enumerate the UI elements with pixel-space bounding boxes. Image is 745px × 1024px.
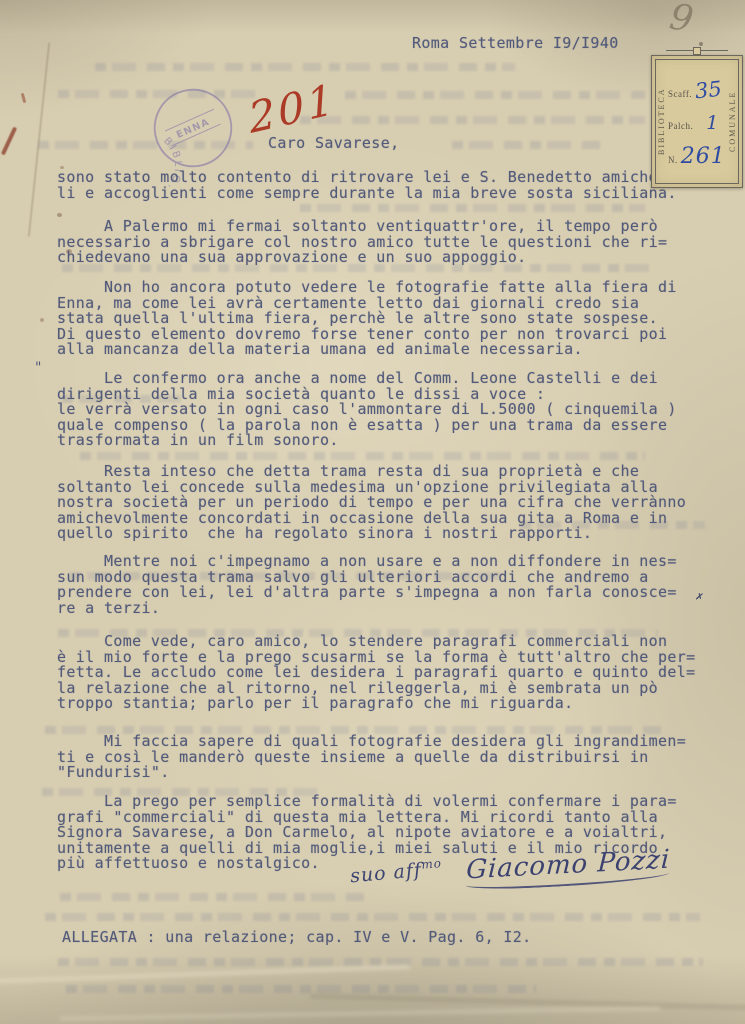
- scanned-letter-page: 9 BIBLIOTECA COMUNALE Scaff. 35 Palch. 1…: [0, 0, 745, 1024]
- stamp-center-text: ENNA: [175, 117, 212, 142]
- paper-wrinkle: [60, 1007, 660, 1020]
- paragraph-6: Mentre noi c'impegnamo a non usare e a n…: [57, 554, 729, 616]
- paragraph-4: Le confermo ora anche a nome del Comm. L…: [57, 371, 729, 449]
- attachment-line: ALLEGATA : una relazione; cap. IV e V. P…: [62, 930, 532, 946]
- bleed-through-line: [300, 116, 645, 124]
- salutation: Caro Savarese,: [268, 136, 399, 152]
- label-row-n: N. 261: [668, 144, 726, 169]
- paragraph-7: Come vede, caro amico, lo stendere parag…: [57, 634, 729, 712]
- pencil-page-number: 9: [667, 0, 697, 41]
- margin-ditto-mark: ": [35, 360, 41, 376]
- paper-speck: [40, 318, 44, 322]
- label-field-name: N.: [668, 155, 678, 165]
- bleed-through-line: [45, 913, 700, 921]
- red-stain: [21, 93, 26, 103]
- label-ornament-square: [693, 47, 701, 55]
- bleed-through-line: [80, 452, 645, 460]
- paragraph-2: A Palermo mi fermai soltanto ventiquattr…: [57, 219, 729, 266]
- red-stain: [1, 127, 17, 156]
- label-side-comunale: COMUNALE: [728, 64, 737, 179]
- bleed-through-line: [95, 63, 515, 71]
- bleed-through-line: [60, 893, 365, 901]
- label-field-name: Palch.: [668, 121, 693, 131]
- paper-wrinkle: [310, 994, 745, 1010]
- label-field-value: 1: [706, 112, 718, 134]
- red-catalog-number: 201: [246, 74, 339, 143]
- paragraph-5: Resta inteso che detta trama resta di su…: [57, 464, 729, 542]
- bleed-through-line: [66, 985, 536, 993]
- bleed-through-line: [452, 141, 602, 149]
- label-field-value: 35: [694, 77, 723, 104]
- bleed-through-line: [300, 204, 645, 212]
- label-side-biblioteca: BIBLIOTECA: [657, 64, 666, 179]
- closing-text: suo aff: [349, 859, 423, 887]
- dateline: Roma Settembre I9/I940: [412, 36, 619, 52]
- closing-superscript: mo: [421, 856, 443, 872]
- bleed-through-line: [345, 91, 645, 99]
- paper-crease: [28, 42, 50, 236]
- label-field-value: 261: [681, 144, 726, 169]
- paragraph-8: Mi faccia sapere di quali fotografie des…: [57, 734, 729, 781]
- label-row-scaff: Scaff. 35: [668, 78, 726, 102]
- label-field-name: Scaff.: [668, 89, 692, 99]
- paper-wrinkle: [0, 965, 410, 984]
- paragraph-3: Non ho ancora potuto vedere le fotografi…: [57, 280, 729, 358]
- label-row-palch: Palch. 1: [668, 112, 726, 134]
- pencil-dot: [699, 42, 703, 46]
- paragraph-1: sono stato molto contento di ritrovare l…: [57, 170, 729, 201]
- library-shelf-label: BIBLIOTECA COMUNALE Scaff. 35 Palch. 1 N…: [651, 55, 743, 188]
